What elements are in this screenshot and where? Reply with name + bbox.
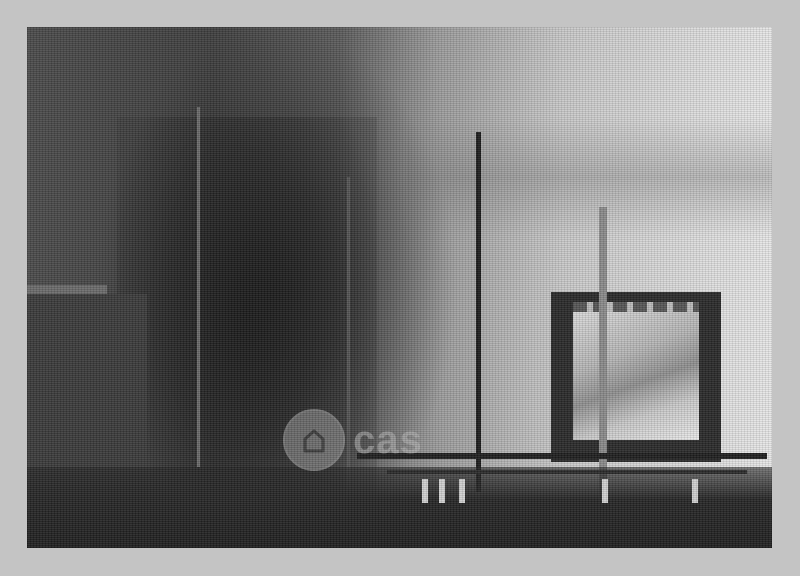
light-pole xyxy=(599,207,607,507)
watermark: cas xyxy=(283,409,423,471)
foreground-detail xyxy=(459,479,465,503)
antenna-pole xyxy=(476,132,481,492)
foreground-detail xyxy=(602,479,608,503)
watermark-badge xyxy=(283,409,345,471)
house-icon xyxy=(299,425,329,455)
foreground-detail xyxy=(422,479,428,503)
watermark-text: cas xyxy=(353,418,423,463)
railing xyxy=(387,470,747,474)
sky-band xyxy=(407,117,772,237)
photo: cas xyxy=(27,27,772,548)
framed-panel xyxy=(551,292,721,462)
foreground-detail xyxy=(439,479,445,503)
foreground xyxy=(27,467,772,548)
foreground-detail xyxy=(692,479,698,503)
thin-pole xyxy=(197,107,200,467)
framed-panel-header xyxy=(573,302,699,312)
